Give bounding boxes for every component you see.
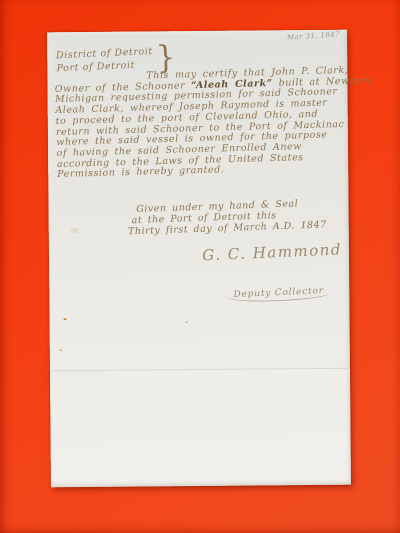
photo-background: Mar 31, 1847 District of Detroit Port of…: [0, 0, 400, 533]
certificate-body: This may certify that John P. Clark, Own…: [54, 66, 345, 181]
paper-stain: [186, 321, 188, 323]
annotation-date: Mar 31, 1847: [287, 30, 340, 41]
signature-block: G. C. Hammond Deputy Collector: [202, 240, 344, 304]
paper-stain: [71, 228, 79, 233]
signature-name: G. C. Hammond: [202, 240, 342, 264]
paper-crease: [52, 368, 348, 372]
signature-title: Deputy Collector: [228, 286, 331, 303]
paper-stain: [60, 349, 62, 351]
closing-block: Given under my hand & Seal at the Port o…: [136, 197, 327, 237]
paper-stain: [64, 318, 67, 320]
document-paper: Mar 31, 1847 District of Detroit Port of…: [47, 30, 351, 488]
